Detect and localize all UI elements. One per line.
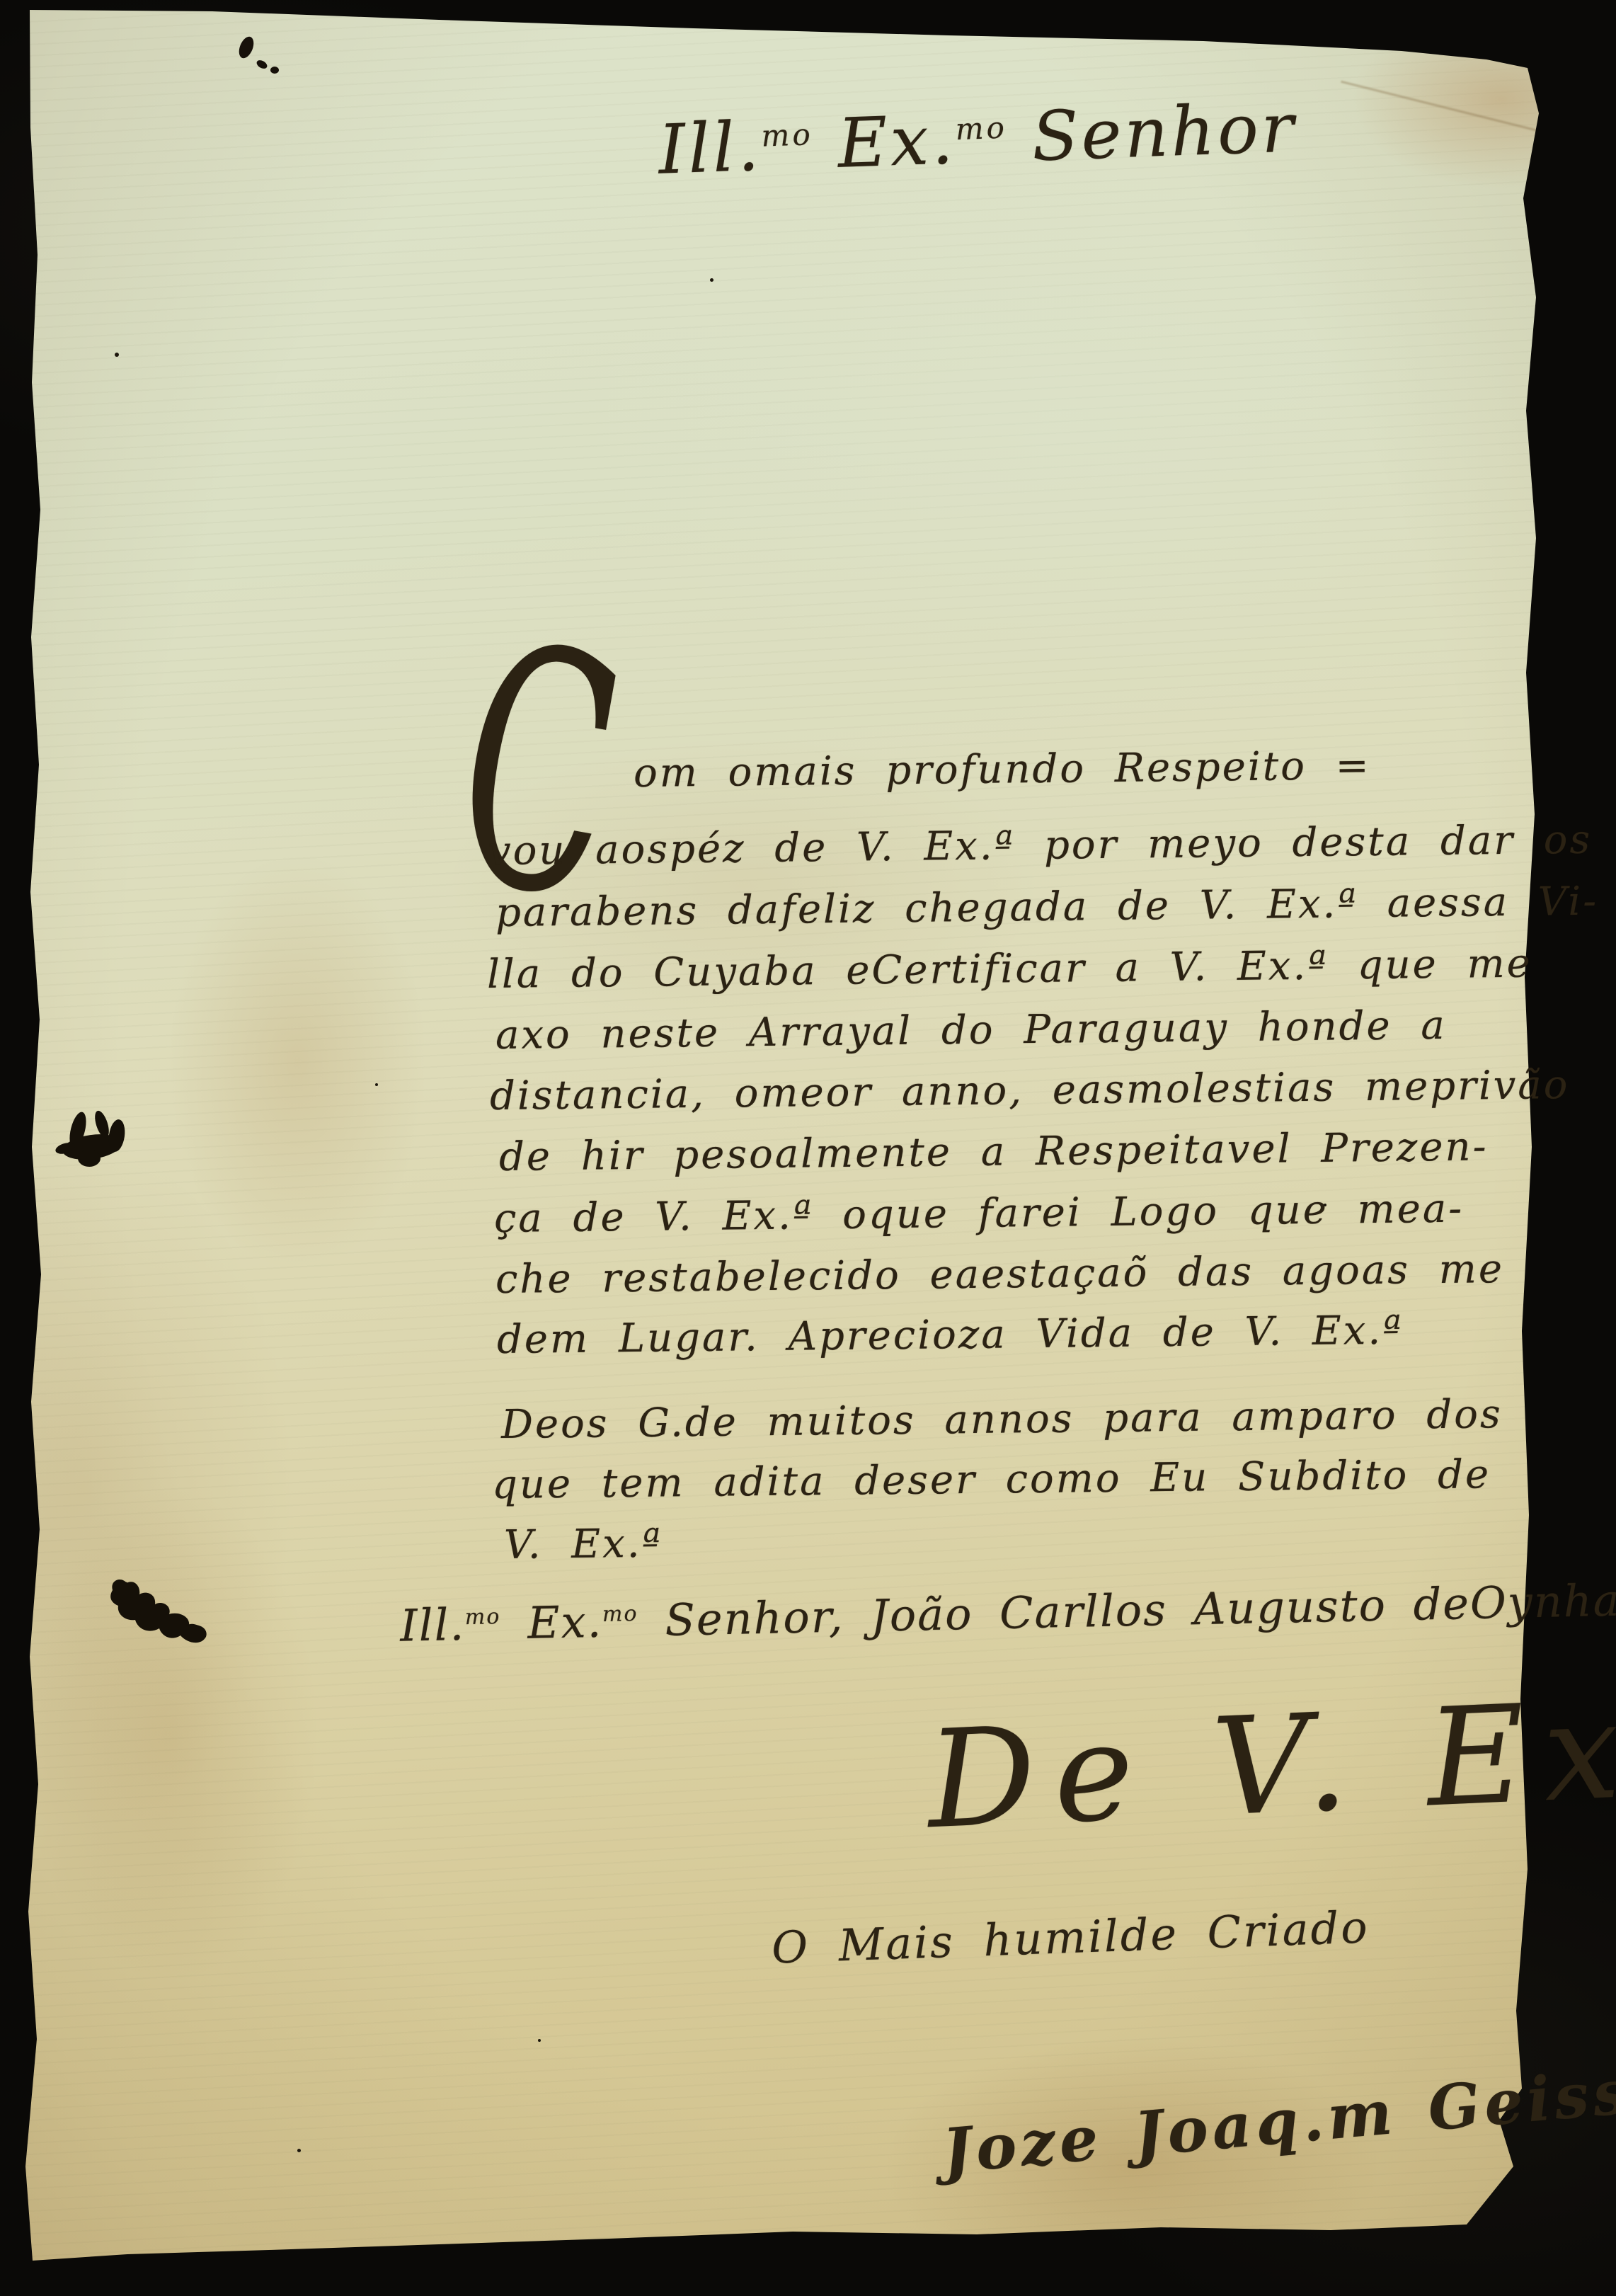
photo-background: Ill.mo Ex.mo Senhor C om omais profundo …: [0, 0, 1616, 2296]
heading-part: Senhor: [1006, 88, 1297, 177]
body-line: que tem adita deser como Eu Subdito de: [492, 1450, 1491, 1510]
body-line: om omais profundo Respeito =: [634, 741, 1371, 799]
ink-speck: [115, 353, 119, 357]
body-line: che restabelecido eaestaçaõ das agoas me: [495, 1245, 1505, 1305]
address-superscript: mo: [602, 1601, 638, 1627]
address-superscript: mo: [464, 1604, 500, 1630]
address-part: Ill.: [399, 1599, 465, 1652]
ink-speck: [710, 278, 714, 282]
ink-speck: [375, 1083, 378, 1086]
body-line: de hir pesoalmente a Respeitavel Prezen-: [499, 1122, 1489, 1182]
address-part: Ex.: [500, 1596, 603, 1650]
ink-speck: [538, 2039, 541, 2042]
ink-blot-lower: [103, 1570, 227, 1659]
heading-part: Ill.: [657, 107, 763, 190]
body-line: ça de V. Ex.ª oque farei Logo que mea-: [494, 1184, 1465, 1244]
ink-blot-upper: [48, 1089, 144, 1174]
body-line: V. Ex.ª: [504, 1519, 663, 1570]
heading-part: Ex.: [812, 100, 957, 184]
heading-superscript: mo: [761, 117, 814, 154]
ink-speck: [1324, 1204, 1326, 1206]
body-line: axo neste Arrayal do Paraguay honde a: [495, 1001, 1447, 1061]
ink-dots-top: [234, 32, 290, 88]
body-line: Deos G.de muitos annos para amparo dos: [501, 1390, 1503, 1450]
body-line: dem Lugar. Aprecioza Vida de V. Ex.ª: [497, 1306, 1404, 1365]
heading-superscript: mo: [955, 110, 1008, 147]
ink-speck: [297, 2149, 301, 2152]
